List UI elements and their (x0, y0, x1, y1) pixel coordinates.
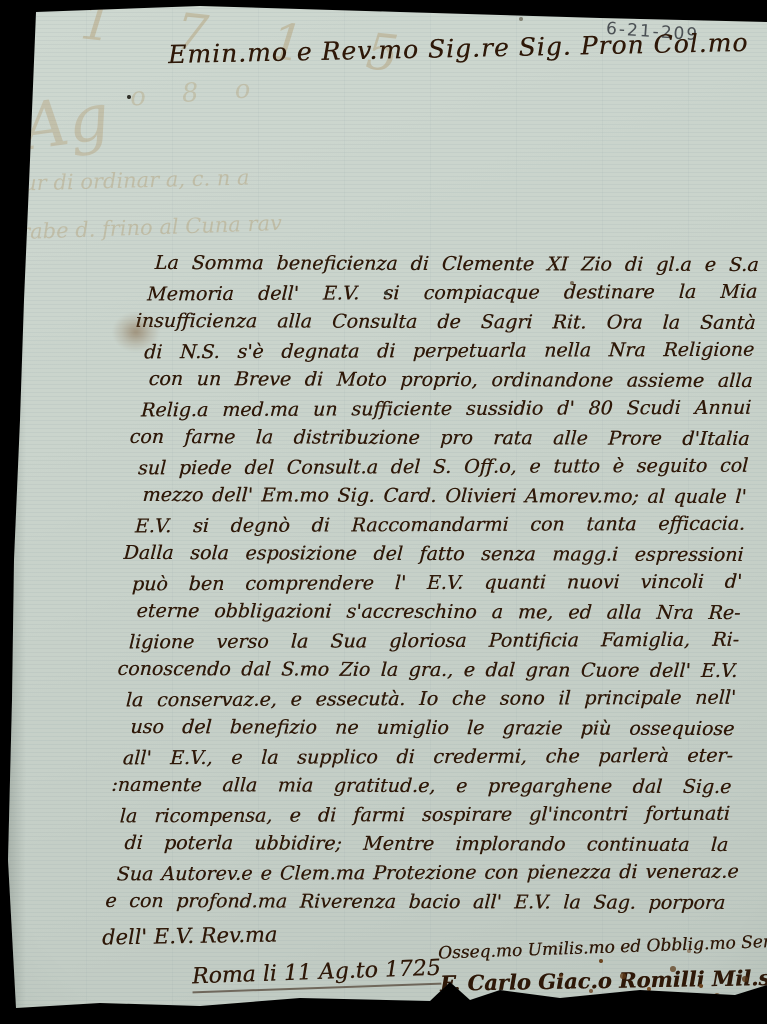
body-line: insufficienza alla Consulta de Sagri Rit… (135, 307, 757, 338)
body-line: con un Breve di Moto proprio, ordinandon… (148, 365, 754, 396)
body-line: sul piede del Consult.a del S. Off.o, e … (137, 452, 749, 484)
body-line: la conservaz.e, e essecutà. Io che sono … (125, 684, 737, 716)
scan-background: 1 7 1 5 Ag o 8 o ieur di ordinar a, c. n… (0, 0, 767, 1024)
signature: F. Carlo Giac.o Romilli Mil.se (440, 965, 765, 996)
body-line: all' E.V., e la supplico di credermi, ch… (122, 742, 734, 774)
body-line: Relig.a med.ma un sufficiente sussidio d… (140, 394, 752, 426)
body-line: La Somma beneficienza di Clemente XI Zio… (154, 249, 760, 280)
body-line: Memoria dell' E.V. si compiacque destina… (146, 278, 758, 310)
body-line: eterne obbligazioni s'accreschino a me, … (136, 597, 742, 628)
body-line: ligione verso la Sua gloriosa Pontificia… (128, 626, 740, 658)
body-line: con farne la distribuzione pro rata alle… (129, 423, 751, 454)
closing-line: dell' E.V. Rev.ma (102, 922, 278, 949)
body-line: :namente alla mia gratitud.e, e pregargh… (111, 771, 733, 802)
body-line: può ben comprendere l' E.V. quanti nuovi… (131, 568, 743, 600)
manuscript-paper: 1 7 1 5 Ag o 8 o ieur di ordinar a, c. n… (0, 0, 767, 1024)
body-line: la ricompensa, e di farmi sospirare gl'i… (119, 800, 731, 832)
body-line: e con profond.ma Riverenza bacio all' E.… (105, 887, 727, 918)
body-line: Dalla sola esposizione del fatto senza m… (123, 539, 745, 570)
dateline: Roma li 11 Ag.to 1725 (192, 956, 442, 994)
bleedthrough-fragment: o 8 o (129, 73, 265, 112)
bleedthrough-fragment: rabe d. frino al Cuna rav (20, 204, 481, 244)
body-line: Sua Autorev.e e Clem.ma Protezione con p… (116, 858, 728, 890)
ink-stain (112, 312, 160, 352)
bleedthrough-flourish: Ag (17, 80, 114, 165)
body-line: uso del benefizio ne umiglio le grazie p… (130, 713, 736, 744)
foxing-specks (0, 0, 2, 2)
body-line: conoscendo dal S.mo Zio la gra., e dal g… (117, 655, 739, 686)
letter-salutation: Emin.mo e Rev.mo Sig.re Sig. Pron Col.mo (168, 28, 749, 69)
body-line: E.V. si degnò di Raccomandarmi con tanta… (134, 510, 746, 542)
body-line: mezzo dell' Em.mo Sig. Card. Olivieri Am… (142, 481, 748, 512)
bleedthrough-fragment: ieur di ordinar a, c. n a (4, 160, 454, 196)
body-line: di N.S. s'è degnata di perpetuarla nella… (143, 336, 755, 368)
body-line: di poterla ubbidire; Mentre implorando c… (124, 829, 730, 860)
valediction: Osseq.mo Umilis.mo ed Obblig.mo Serv.re (438, 932, 764, 963)
letter-body: La Somma beneficienza di Clemente XI Zio… (91, 250, 760, 917)
